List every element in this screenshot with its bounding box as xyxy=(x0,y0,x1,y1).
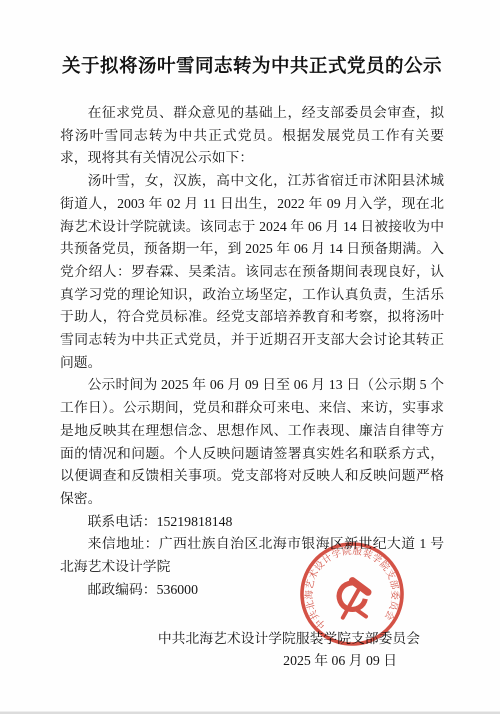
paragraph-publicity-period: 公示时间为 2025 年 06 月 09 日至 06 月 13 日（公示期 5 … xyxy=(60,374,444,510)
seal-ring-text: 中共北海艺术设计学院服装学院支部委员会 xyxy=(299,541,404,632)
seal-ring xyxy=(298,540,406,648)
contact-phone-line: 联系电话：15219818148 xyxy=(60,511,444,534)
issue-date: 2025 年 06 月 09 日 xyxy=(60,650,444,672)
paragraph-member-info: 汤叶雪，女，汉族，高中文化，江苏省宿迁市沭阳县沭城街道人，2003 年 02 月… xyxy=(60,170,444,374)
document-title: 关于拟将汤叶雪同志转为中共正式党员的公示 xyxy=(60,52,444,80)
seal-ring-text-wrapper: 中共北海艺术设计学院服装学院支部委员会 xyxy=(299,541,404,632)
announcement-page: 关于拟将汤叶雪同志转为中共正式党员的公示 在征求党员、群众意见的基础上，经支部委… xyxy=(0,0,500,714)
paragraph-intro: 在征求党员、群众意见的基础上，经支部委员会审查，拟将汤叶雪同志转为中共正式党员。… xyxy=(60,102,444,170)
official-seal: 中共北海艺术设计学院服装学院支部委员会 xyxy=(293,535,410,652)
hammer-and-sickle-icon xyxy=(338,579,370,618)
